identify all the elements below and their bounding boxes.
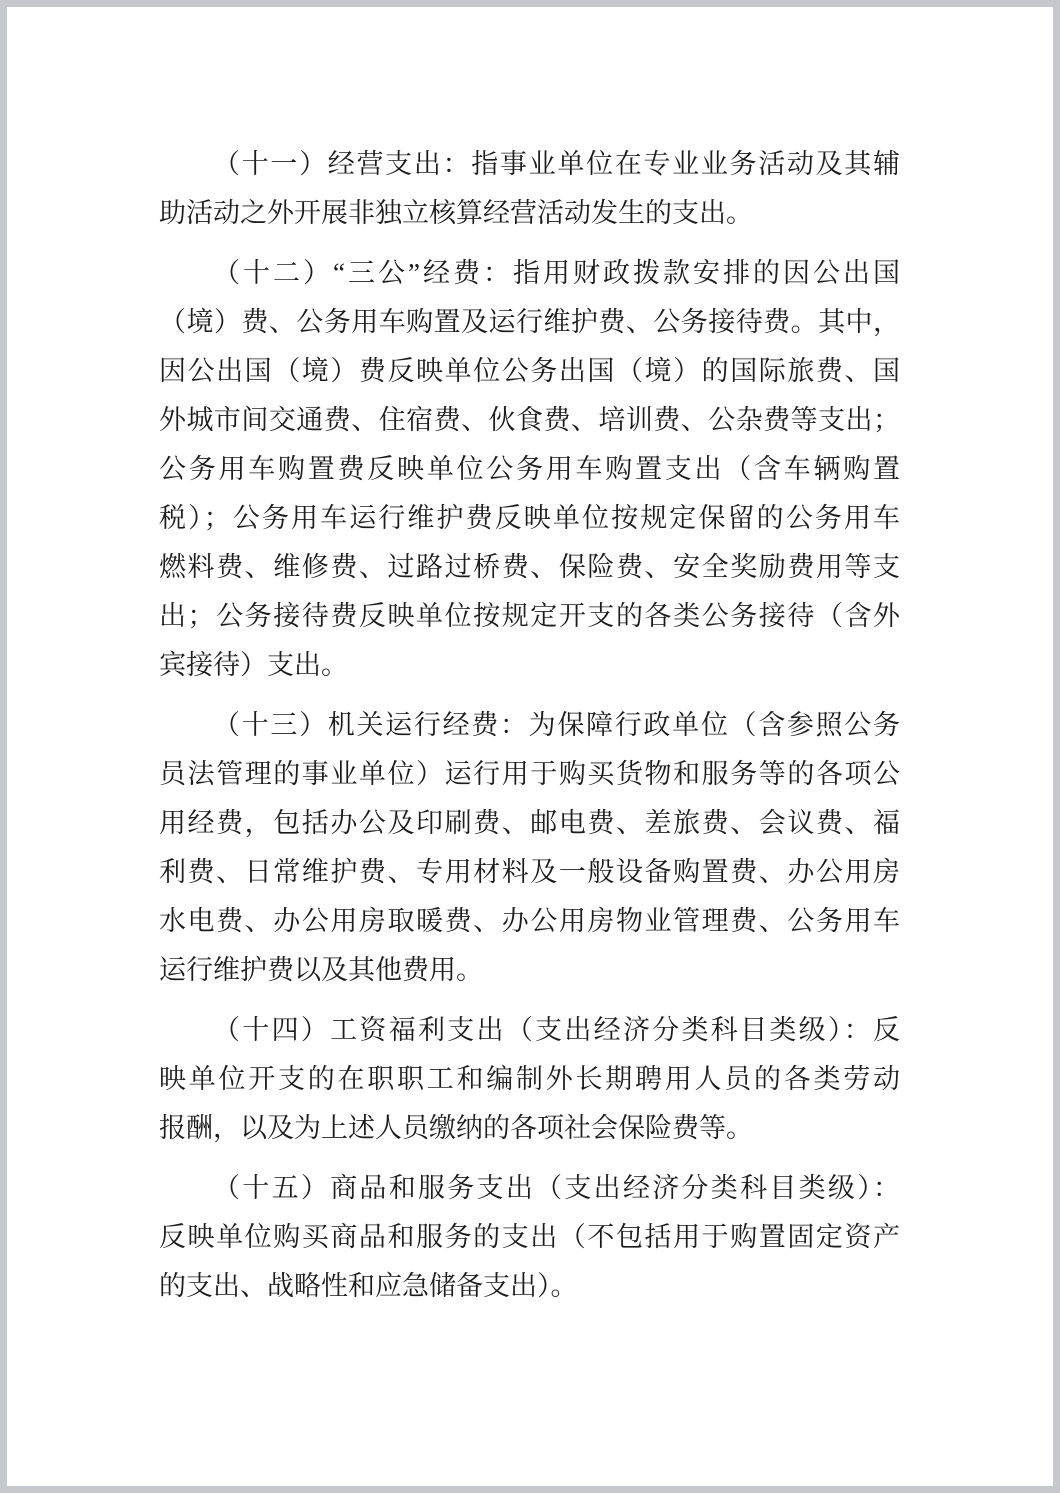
text-line: （十四）工资福利支出（支出经济分类科目类级）：反 [159, 1006, 900, 1055]
text-line: 公务用车购置费反映单位公务用车购置支出（含车辆购置 [159, 445, 900, 494]
text-line: 的支出、战略性和应急储备支出）。 [159, 1262, 900, 1311]
paragraph: （十二）“三公”经费：指用财政拨款安排的因公出国（境）费、公务用车购置及运行维护… [159, 249, 900, 690]
text-line: 宾接待）支出。 [159, 641, 900, 690]
document-page: （十一）经营支出：指事业单位在专业业务活动及其辅助活动之外开展非独立核算经营活动… [7, 7, 1053, 1486]
paragraph: （十四）工资福利支出（支出经济分类科目类级）：反映单位开支的在职职工和编制外长期… [159, 1006, 900, 1153]
text-line: 出；公务接待费反映单位按规定开支的各类公务接待（含外 [159, 592, 900, 641]
text-line: 运行维护费以及其他费用。 [159, 946, 900, 995]
text-line: 税）；公务用车运行维护费反映单位按规定保留的公务用车 [159, 494, 900, 543]
text-line: 用经费，包括办公及印刷费、邮电费、差旅费、会议费、福 [159, 799, 900, 848]
text-line: （十三）机关运行经费：为保障行政单位（含参照公务 [159, 701, 900, 750]
text-line: 报酬，以及为上述人员缴纳的各项社会保险费等。 [159, 1104, 900, 1153]
paragraph: （十三）机关运行经费：为保障行政单位（含参照公务员法管理的事业单位）运行用于购买… [159, 701, 900, 995]
text-line: （十二）“三公”经费：指用财政拨款安排的因公出国 [159, 249, 900, 298]
paragraph: （十五）商品和服务支出（支出经济分类科目类级）：反映单位购买商品和服务的支出（不… [159, 1164, 900, 1311]
text-line: （十五）商品和服务支出（支出经济分类科目类级）： [159, 1164, 900, 1213]
text-line: 映单位开支的在职职工和编制外长期聘用人员的各类劳动 [159, 1055, 900, 1104]
text-line: 反映单位购买商品和服务的支出（不包括用于购置固定资产 [159, 1213, 900, 1262]
text-line: 员法管理的事业单位）运行用于购买货物和服务等的各项公 [159, 750, 900, 799]
text-line: （境）费、公务用车购置及运行维护费、公务接待费。其中， [159, 298, 900, 347]
text-line: 利费、日常维护费、专用材料及一般设备购置费、办公用房 [159, 848, 900, 897]
text-line: 外城市间交通费、住宿费、伙食费、培训费、公杂费等支出； [159, 396, 900, 445]
page-background: { "page": { "frame_color": "#c5c8cc", "p… [0, 0, 1060, 1493]
text-line: 燃料费、维修费、过路过桥费、保险费、安全奖励费用等支 [159, 543, 900, 592]
text-line: 助活动之外开展非独立核算经营活动发生的支出。 [159, 189, 900, 238]
paragraph: （十一）经营支出：指事业单位在专业业务活动及其辅助活动之外开展非独立核算经营活动… [159, 140, 900, 238]
text-line: （十一）经营支出：指事业单位在专业业务活动及其辅 [159, 140, 900, 189]
document-body: （十一）经营支出：指事业单位在专业业务活动及其辅助活动之外开展非独立核算经营活动… [159, 7, 900, 1311]
text-line: 因公出国（境）费反映单位公务出国（境）的国际旅费、国 [159, 347, 900, 396]
text-line: 水电费、办公用房取暖费、办公用房物业管理费、公务用车 [159, 897, 900, 946]
